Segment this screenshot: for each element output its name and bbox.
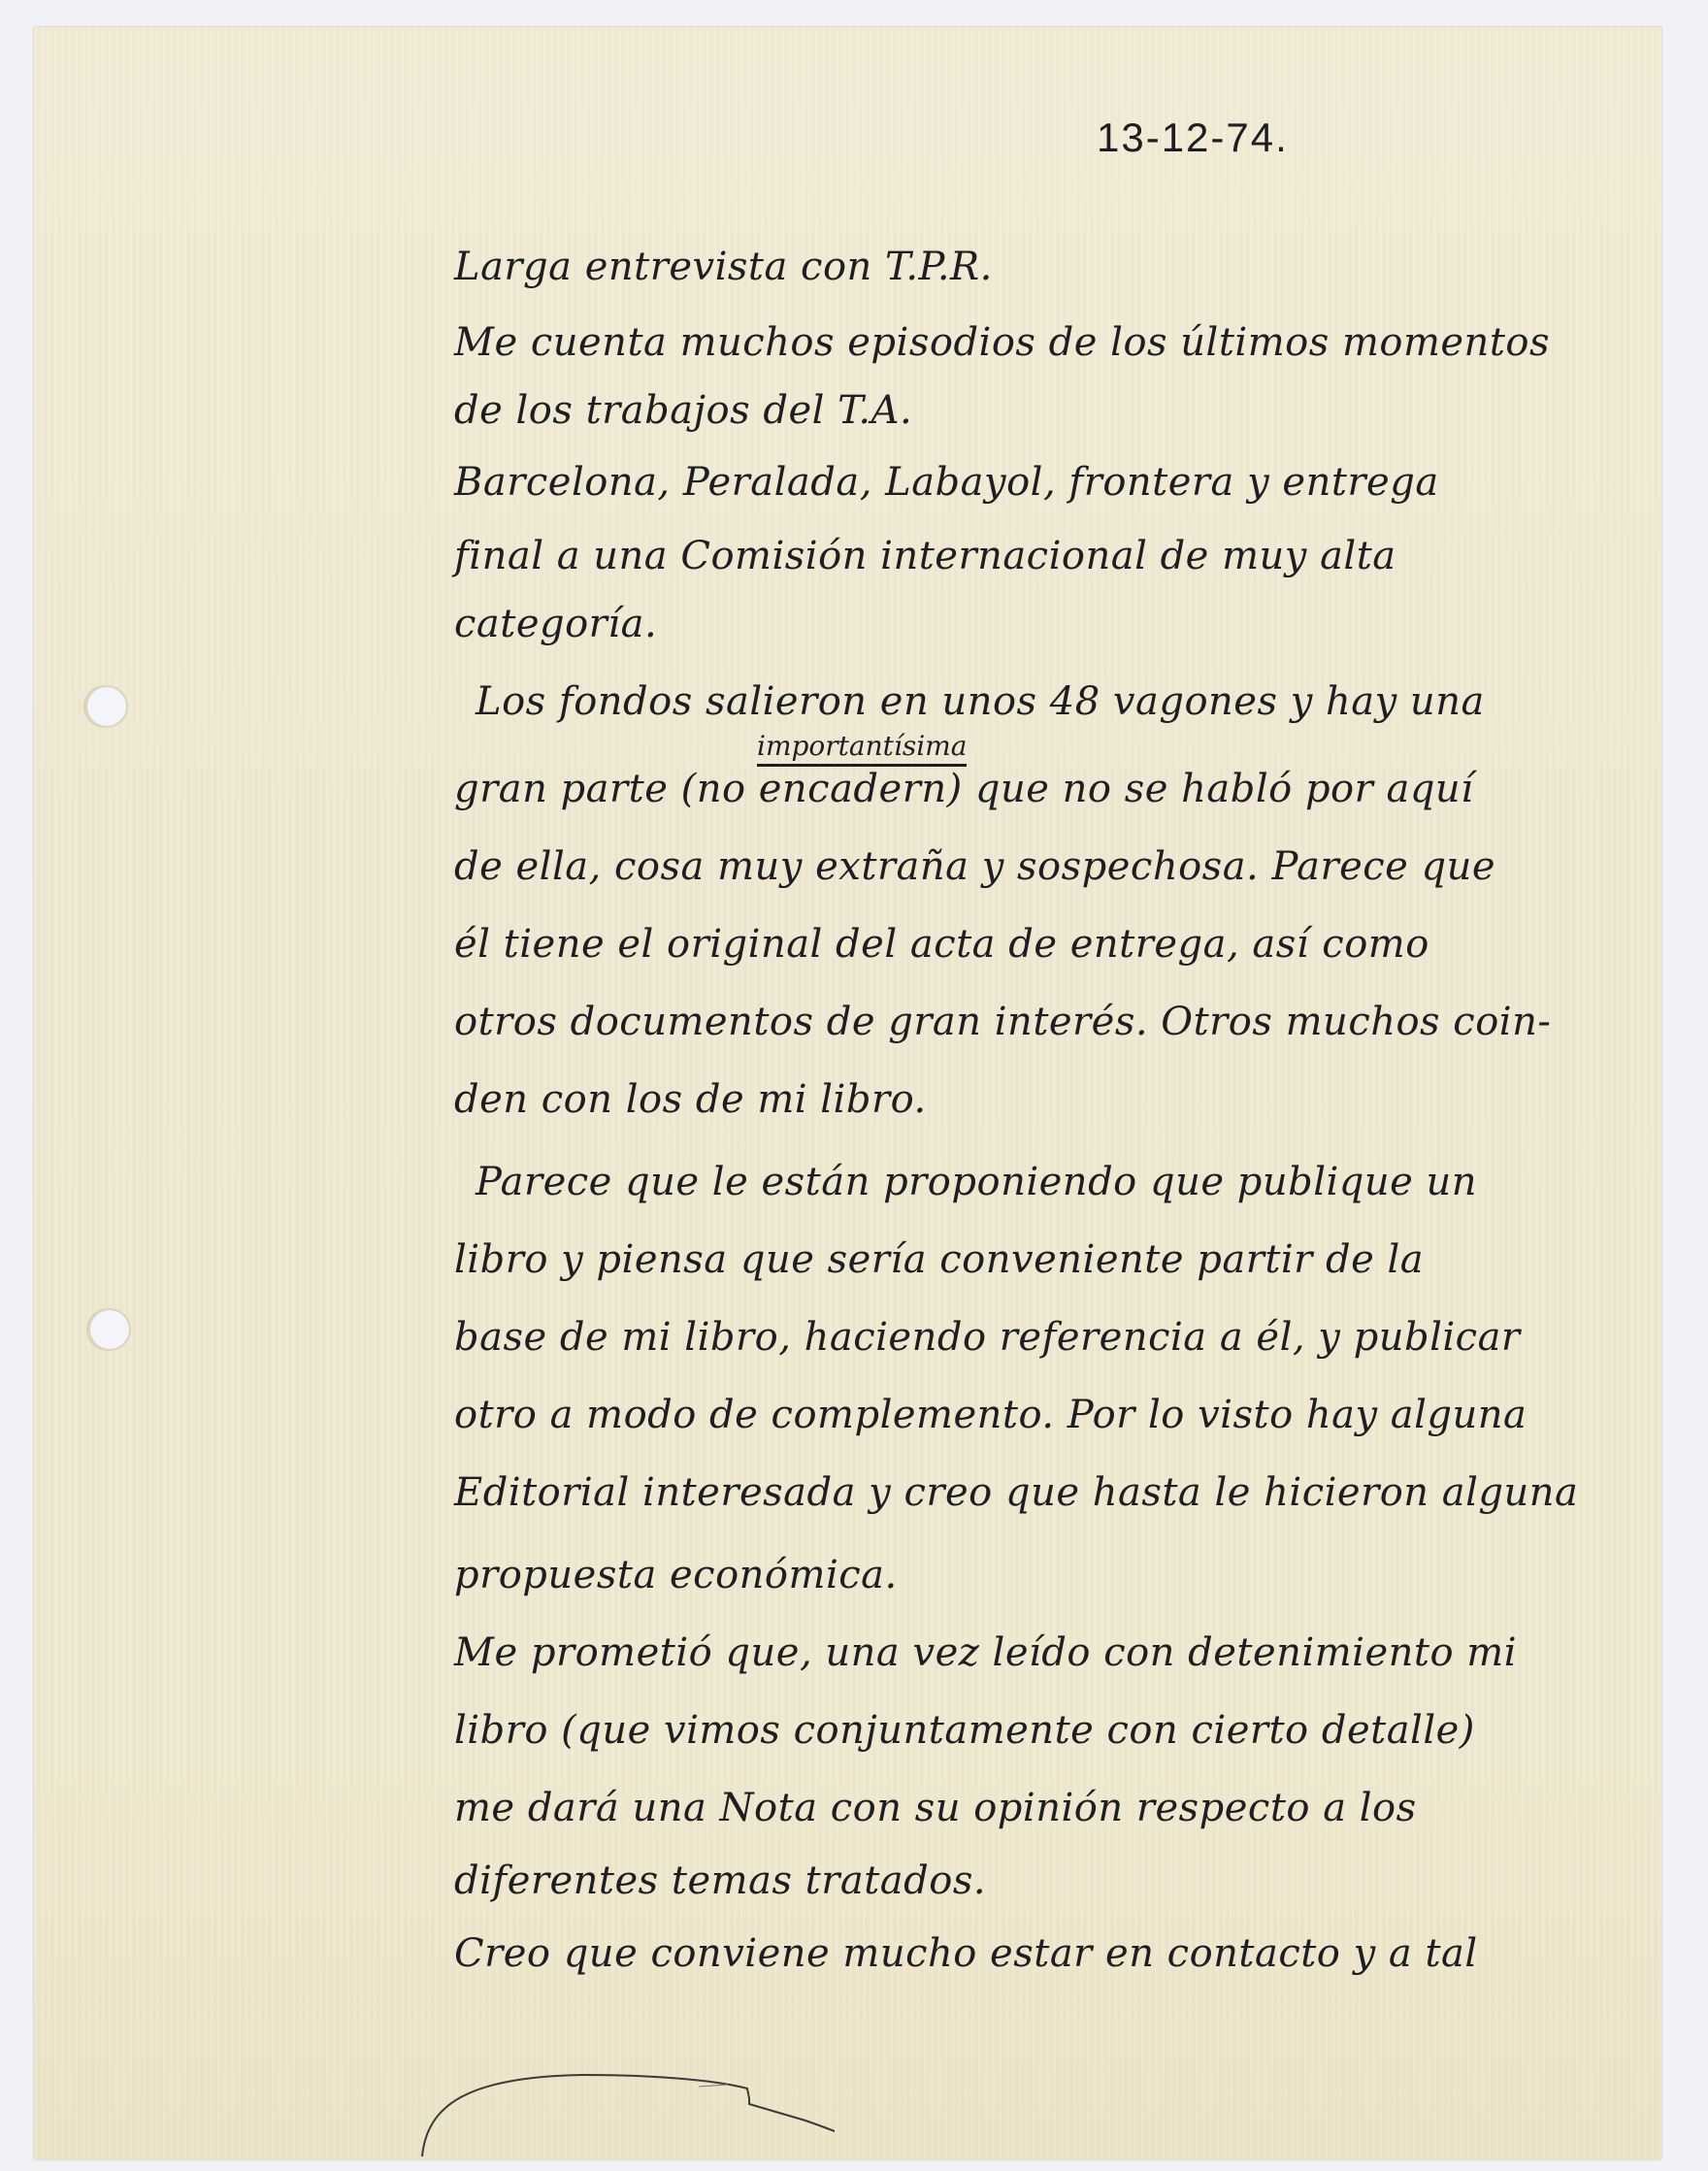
pencil-mark-icon — [408, 2067, 835, 2164]
text-line-21: me dará una Nota con su opinión respecto… — [454, 1786, 1417, 1830]
text-line-20: libro (que vimos conjuntamente con ciert… — [454, 1708, 1475, 1753]
letter-date: 13-12-74. — [1097, 115, 1289, 161]
inserted-word: importantísima — [757, 730, 967, 767]
text-line-14: libro y piensa que sería conveniente par… — [454, 1237, 1424, 1282]
text-line-1: Larga entrevista con T.P.R. — [454, 245, 993, 289]
text-line-15: base de mi libro, haciendo referencia a … — [454, 1315, 1521, 1360]
text-line-4: Barcelona, Peralada, Labayol, frontera y… — [454, 460, 1439, 505]
text-line-17: Editorial interesada y creo que hasta le… — [454, 1470, 1578, 1515]
text-line-3: de los trabajos del T.A. — [454, 388, 912, 433]
text-line-9: de ella, cosa muy extraña y sospechosa. … — [454, 844, 1495, 889]
text-line-7-content: Los fondos salieron en unos 48 vagones y… — [476, 679, 1485, 724]
text-line-10: él tiene el original del acta de entrega… — [454, 922, 1429, 967]
text-line-6: categoría. — [454, 602, 657, 646]
text-line-2: Me cuenta muchos episodios de los último… — [454, 320, 1550, 365]
text-line-8: gran parte (no encadern) que no se habló… — [454, 767, 1473, 811]
text-line-16: otro a modo de complemento. Por lo visto… — [454, 1393, 1527, 1437]
text-line-23: Creo que conviene mucho estar en contact… — [454, 1931, 1478, 1976]
text-line-13: Parece que le están proponiendo que publ… — [476, 1160, 1477, 1204]
scanned-document: 13-12-74. Larga entrevista con T.P.R. Me… — [0, 0, 1708, 2171]
text-line-11: otros documentos de gran interés. Otros … — [454, 1000, 1551, 1044]
punch-hole-top — [85, 685, 128, 728]
text-line-19: Me prometió que, una vez leído con deten… — [454, 1630, 1517, 1675]
text-line-18: propuesta económica. — [454, 1553, 898, 1597]
text-line-7: Los fondos salieron en unos 48 vagones y… — [476, 679, 1485, 724]
punch-hole-bottom — [88, 1308, 131, 1351]
text-line-22: diferentes temas tratados. — [454, 1859, 986, 1903]
text-line-12: den con los de mi libro. — [454, 1077, 927, 1122]
text-line-5: final a una Comisión internacional de mu… — [454, 534, 1396, 578]
